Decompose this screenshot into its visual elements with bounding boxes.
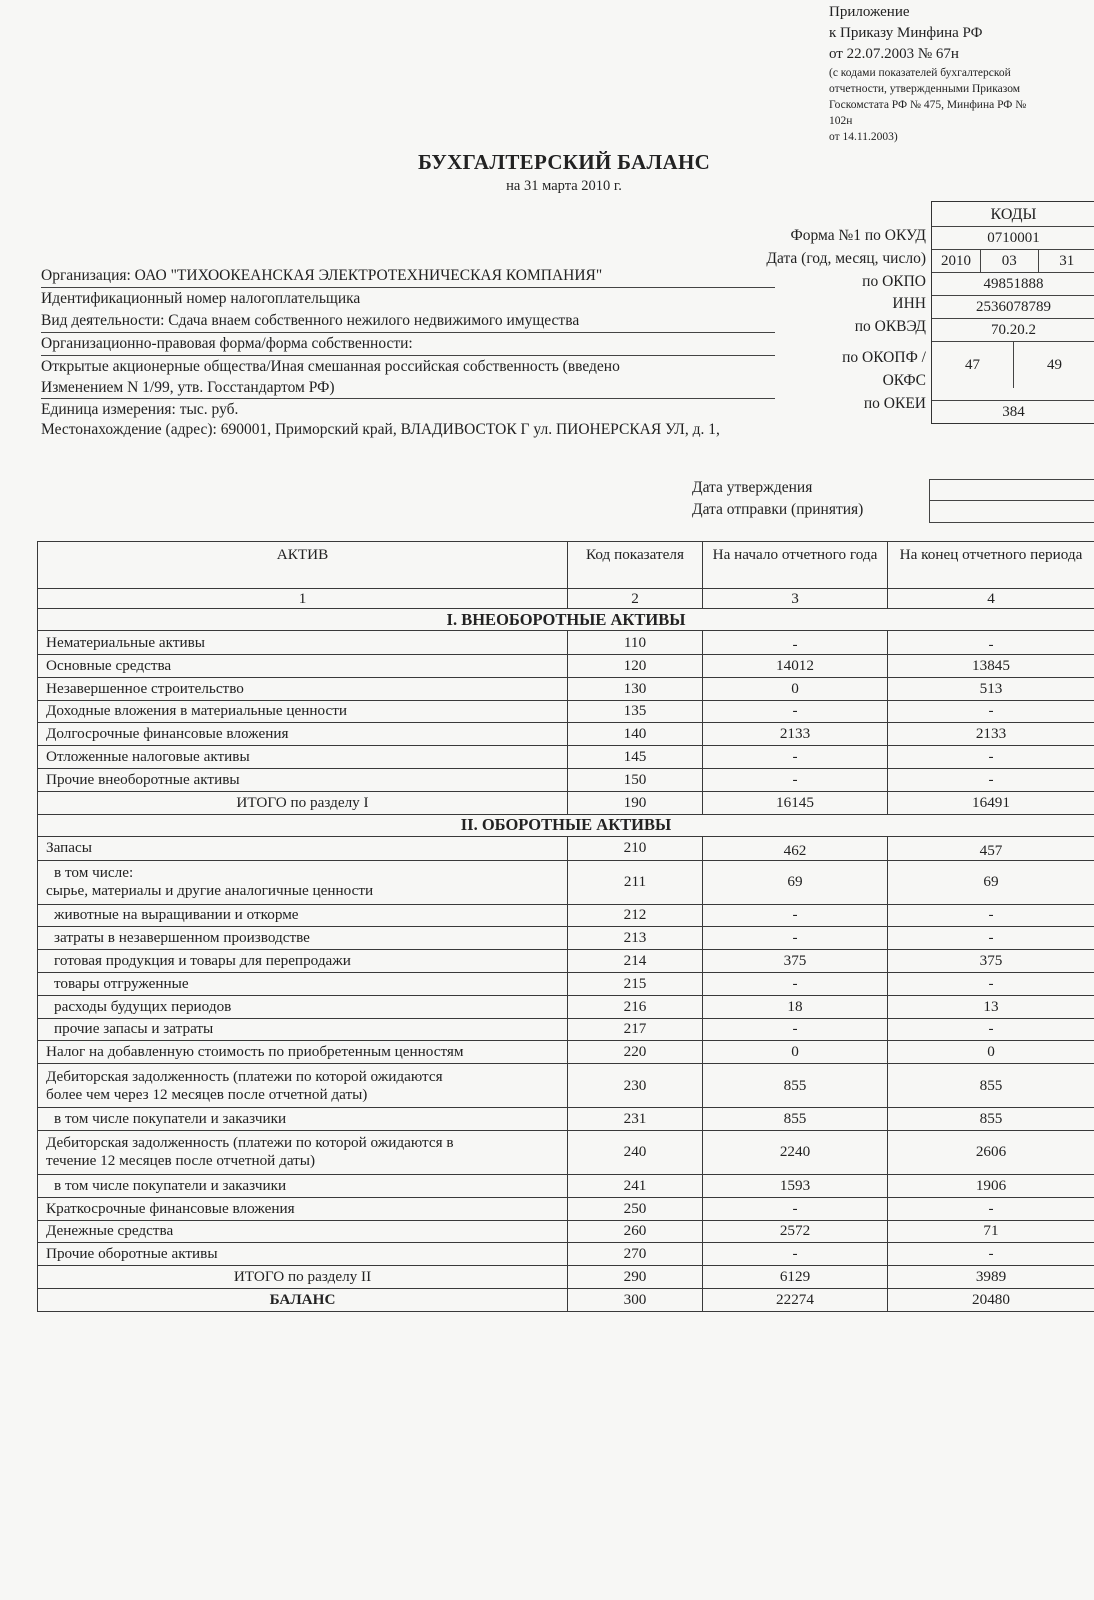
row-value-end: - (888, 1018, 1094, 1041)
table-body: I. ВНЕОБОРОТНЫЕ АКТИВЫНематериальные акт… (38, 609, 1094, 1312)
row-value-start: 462 (703, 836, 888, 860)
row-value-start: 6129 (703, 1266, 888, 1289)
row-value-start: - (703, 1243, 888, 1266)
row-value-start: 22274 (703, 1288, 888, 1311)
column-number: 1 (38, 589, 568, 609)
row-label: Основные средства (38, 655, 568, 678)
table-row: Нематериальные активы110-- (38, 631, 1094, 655)
appendix-note-line: от 14.11.2003) (829, 129, 1094, 145)
row-value-start: 14012 (703, 655, 888, 678)
column-header: На начало отчетного года (703, 542, 888, 589)
date-month: 03 (980, 250, 1038, 272)
row-label: Прочие оборотные активы (38, 1243, 568, 1266)
inn-label: ИНН (766, 293, 926, 316)
appendix-note-line: отчетности, утвержденными Приказом (829, 81, 1094, 97)
row-code: 217 (568, 1018, 703, 1041)
table-row: в том числе покупатели и заказчики231855… (38, 1108, 1094, 1131)
appendix-line: к Приказу Минфина РФ (829, 23, 1094, 44)
row-label: Доходные вложения в материальные ценност… (38, 700, 568, 723)
table-row: расходы будущих периодов2161813 (38, 995, 1094, 1018)
row-code: 300 (568, 1288, 703, 1311)
row-code: 250 (568, 1197, 703, 1220)
row-value-end: 3989 (888, 1266, 1094, 1289)
okud-value: 0710001 (932, 226, 1094, 249)
sent-date-field (930, 501, 1094, 521)
row-value-end: 20480 (888, 1288, 1094, 1311)
unit-of-measure: Единица измерения: тыс. руб. (41, 399, 775, 421)
organization-info: Организация: ОАО "ТИХООКЕАНСКАЯ ЭЛЕКТРОТ… (41, 265, 775, 421)
table-row: товары отгруженные215-- (38, 972, 1094, 995)
okopf-label: по ОКОПФ / (766, 347, 926, 370)
row-label: Налог на добавленную стоимость по приобр… (38, 1041, 568, 1064)
row-label: Прочие внеоборотные активы (38, 768, 568, 791)
column-number: 3 (703, 589, 888, 609)
row-value-end: - (888, 631, 1094, 655)
row-code: 215 (568, 972, 703, 995)
row-code: 260 (568, 1220, 703, 1243)
row-value-end: 2606 (888, 1130, 1094, 1174)
appendix-line: от 22.07.2003 № 67н (829, 44, 1094, 65)
row-label: ИТОГО по разделу II (38, 1266, 568, 1289)
table-row: Отложенные налоговые активы145-- (38, 746, 1094, 769)
table-row: Денежные средства260257271 (38, 1220, 1094, 1243)
tax-id-label: Идентификационный номер налогоплательщик… (41, 288, 775, 310)
total-row: ИТОГО по разделу I1901614516491 (38, 791, 1094, 814)
okopf-okfs-values: 47 49 (932, 341, 1094, 400)
row-label: Краткосрочные финансовые вложения (38, 1197, 568, 1220)
activity-type: Вид деятельности: Сдача внаем собственно… (41, 310, 775, 333)
row-label: прочие запасы и затраты (38, 1018, 568, 1041)
row-label: ИТОГО по разделу I (38, 791, 568, 814)
row-value-end: - (888, 904, 1094, 927)
appendix-line: Приложение (829, 2, 1094, 23)
table-row: Запасы210462457 (38, 836, 1094, 860)
row-value-start: - (703, 768, 888, 791)
table-row: Незавершенное строительство1300513 (38, 677, 1094, 700)
row-code: 210 (568, 836, 703, 860)
row-code: 270 (568, 1243, 703, 1266)
row-value-end: - (888, 746, 1094, 769)
row-label: в том числе покупатели и заказчики (38, 1174, 568, 1197)
table-row: Основные средства1201401213845 (38, 655, 1094, 678)
row-value-start: - (703, 972, 888, 995)
row-code: 230 (568, 1064, 703, 1108)
legal-form-label: Организационно-правовая форма/форма собс… (41, 333, 775, 356)
okfs-label: ОКФС (766, 370, 926, 393)
codes-box: КОДЫ 0710001 2010 03 31 49851888 2536078… (931, 201, 1094, 424)
row-value-end: 2133 (888, 723, 1094, 746)
row-label: готовая продукция и товары для перепрода… (38, 950, 568, 973)
section-row: II. ОБОРОТНЫЕ АКТИВЫ (38, 814, 1094, 836)
legal-form-value-cont: Изменением N 1/99, утв. Госстандартом РФ… (41, 377, 775, 399)
row-label: БАЛАНС (38, 1288, 568, 1311)
row-label: Дебиторская задолженность (платежи по ко… (38, 1064, 568, 1108)
row-value-end: 1906 (888, 1174, 1094, 1197)
approval-date-field (930, 480, 1094, 501)
balance-sheet-table: АКТИВ Код показателя На начало отчетного… (37, 541, 1094, 1312)
row-code: 190 (568, 791, 703, 814)
row-label: в том числе покупатели и заказчики (38, 1108, 568, 1131)
row-value-start: - (703, 1018, 888, 1041)
row-code: 110 (568, 631, 703, 655)
row-label: Долгосрочные финансовые вложения (38, 723, 568, 746)
inn-value: 2536078789 (932, 295, 1094, 318)
row-value-start: - (703, 746, 888, 769)
row-code: 140 (568, 723, 703, 746)
row-label: расходы будущих периодов (38, 995, 568, 1018)
row-label: Незавершенное строительство (38, 677, 568, 700)
row-code: 231 (568, 1108, 703, 1131)
row-value-start: 855 (703, 1108, 888, 1131)
row-value-end: - (888, 1243, 1094, 1266)
date-values: 2010 03 31 (932, 249, 1094, 272)
row-value-start: 2133 (703, 723, 888, 746)
document-title: БУХГАЛТЕРСКИЙ БАЛАНС (0, 150, 1094, 175)
sent-date-label: Дата отправки (принятия) (692, 499, 863, 521)
row-value-start: 375 (703, 950, 888, 973)
column-header: Код показателя (568, 542, 703, 589)
row-value-end: 71 (888, 1220, 1094, 1243)
row-value-start: 2572 (703, 1220, 888, 1243)
okfs-value: 49 (1013, 342, 1094, 388)
row-value-end: - (888, 972, 1094, 995)
row-code: 212 (568, 904, 703, 927)
row-value-start: 2240 (703, 1130, 888, 1174)
column-header: На конец отчетного периода (888, 542, 1094, 589)
approval-labels: Дата утверждения Дата отправки (принятия… (692, 477, 863, 521)
row-label-line: Дебиторская задолженность (платежи по ко… (46, 1134, 562, 1152)
table-row: в том числе:сырье, материалы и другие ан… (38, 860, 1094, 904)
row-value-start: 16145 (703, 791, 888, 814)
row-value-start: 1593 (703, 1174, 888, 1197)
okved-label: по ОКВЭД (766, 316, 926, 339)
row-label: животные на выращивании и откорме (38, 904, 568, 927)
table-row: прочие запасы и затраты217-- (38, 1018, 1094, 1041)
row-code: 211 (568, 860, 703, 904)
row-value-end: 457 (888, 836, 1094, 860)
row-value-end: - (888, 927, 1094, 950)
row-value-start: 0 (703, 1041, 888, 1064)
codes-heading: КОДЫ (932, 201, 1094, 226)
table-row: затраты в незавершенном производстве213-… (38, 927, 1094, 950)
row-value-end: 855 (888, 1064, 1094, 1108)
row-value-end: 375 (888, 950, 1094, 973)
legal-form-value: Открытые акционерные общества/Иная смеша… (41, 356, 775, 377)
address: Местонахождение (адрес): 690001, Приморс… (41, 421, 720, 439)
row-value-end: 16491 (888, 791, 1094, 814)
codes-labels: Форма №1 по ОКУД Дата (год, месяц, число… (766, 225, 926, 415)
okopf-value: 47 (932, 342, 1013, 400)
table-row: Налог на добавленную стоимость по приобр… (38, 1041, 1094, 1064)
table-row: готовая продукция и товары для перепрода… (38, 950, 1094, 973)
row-value-start: 855 (703, 1064, 888, 1108)
date-label: Дата (год, месяц, число) (766, 248, 926, 271)
column-number-row: 1 2 3 4 (38, 589, 1094, 609)
row-label-line: Дебиторская задолженность (платежи по ко… (46, 1068, 562, 1086)
row-code: 150 (568, 768, 703, 791)
appendix-note: Приложение к Приказу Минфина РФ от 22.07… (829, 2, 1094, 145)
row-code: 290 (568, 1266, 703, 1289)
okei-label: по ОКЕИ (766, 393, 926, 416)
row-label: Запасы (38, 836, 568, 860)
table-row: Краткосрочные финансовые вложения250-- (38, 1197, 1094, 1220)
row-value-end: - (888, 768, 1094, 791)
row-label: в том числе:сырье, материалы и другие ан… (38, 860, 568, 904)
row-value-start: - (703, 904, 888, 927)
table-row: Прочие внеоборотные активы150-- (38, 768, 1094, 791)
row-value-end: 0 (888, 1041, 1094, 1064)
row-value-end: 69 (888, 860, 1094, 904)
row-value-end: - (888, 1197, 1094, 1220)
row-code: 216 (568, 995, 703, 1018)
column-number: 4 (888, 589, 1094, 609)
row-value-start: - (703, 1197, 888, 1220)
section-title: I. ВНЕОБОРОТНЫЕ АКТИВЫ (38, 609, 1094, 631)
organization-name: Организация: ОАО "ТИХООКЕАНСКАЯ ЭЛЕКТРОТ… (41, 265, 775, 288)
row-code: 145 (568, 746, 703, 769)
row-code: 240 (568, 1130, 703, 1174)
row-label: Дебиторская задолженность (платежи по ко… (38, 1130, 568, 1174)
row-value-start: - (703, 700, 888, 723)
row-value-start: - (703, 631, 888, 655)
date-year: 2010 (932, 250, 980, 272)
row-code: 130 (568, 677, 703, 700)
appendix-note-line: (с кодами показателей бухгалтерской (829, 65, 1094, 81)
okved-value: 70.20.2 (932, 318, 1094, 341)
row-code: 213 (568, 927, 703, 950)
row-value-end: 13845 (888, 655, 1094, 678)
row-code: 241 (568, 1174, 703, 1197)
column-number: 2 (568, 589, 703, 609)
row-label-line: сырье, материалы и другие аналогичные це… (46, 882, 562, 900)
table-row: Долгосрочные финансовые вложения14021332… (38, 723, 1094, 746)
row-label-line: более чем через 12 месяцев после отчетно… (46, 1086, 562, 1104)
row-value-start: 69 (703, 860, 888, 904)
row-value-end: 855 (888, 1108, 1094, 1131)
row-code: 214 (568, 950, 703, 973)
table-header-row: АКТИВ Код показателя На начало отчетного… (38, 542, 1094, 589)
date-day: 31 (1038, 250, 1094, 272)
row-code: 135 (568, 700, 703, 723)
row-code: 120 (568, 655, 703, 678)
section-title: II. ОБОРОТНЫЕ АКТИВЫ (38, 814, 1094, 836)
table-row: Дебиторская задолженность (платежи по ко… (38, 1064, 1094, 1108)
okei-value: 384 (932, 400, 1094, 424)
row-label: Нематериальные активы (38, 631, 568, 655)
approval-box (929, 479, 1094, 523)
row-label-line: течение 12 месяцев после отчетной даты) (46, 1152, 562, 1170)
row-value-end: 513 (888, 677, 1094, 700)
total-row: ИТОГО по разделу II29061293989 (38, 1266, 1094, 1289)
row-label: затраты в незавершенном производстве (38, 927, 568, 950)
appendix-note-line: 102н (829, 113, 1094, 129)
approval-date-label: Дата утверждения (692, 477, 863, 499)
row-value-end: - (888, 700, 1094, 723)
table-row: Прочие оборотные активы270-- (38, 1243, 1094, 1266)
row-label-line: в том числе: (54, 864, 562, 882)
row-label: товары отгруженные (38, 972, 568, 995)
row-label: Денежные средства (38, 1220, 568, 1243)
okpo-label: по ОКПО (766, 271, 926, 294)
total-row: БАЛАНС3002227420480 (38, 1288, 1094, 1311)
okpo-value: 49851888 (932, 272, 1094, 295)
column-header: АКТИВ (38, 542, 568, 589)
row-value-end: 13 (888, 995, 1094, 1018)
row-value-start: 18 (703, 995, 888, 1018)
table-row: Доходные вложения в материальные ценност… (38, 700, 1094, 723)
okud-label: Форма №1 по ОКУД (766, 225, 926, 248)
table-row: в том числе покупатели и заказчики241159… (38, 1174, 1094, 1197)
section-row: I. ВНЕОБОРОТНЫЕ АКТИВЫ (38, 609, 1094, 631)
row-code: 220 (568, 1041, 703, 1064)
table-row: Дебиторская задолженность (платежи по ко… (38, 1130, 1094, 1174)
document-date: на 31 марта 2010 г. (0, 178, 1094, 195)
row-label: Отложенные налоговые активы (38, 746, 568, 769)
row-value-start: - (703, 927, 888, 950)
row-value-start: 0 (703, 677, 888, 700)
table-row: животные на выращивании и откорме212-- (38, 904, 1094, 927)
appendix-note-line: Госкомстата РФ № 475, Минфина РФ № (829, 97, 1094, 113)
